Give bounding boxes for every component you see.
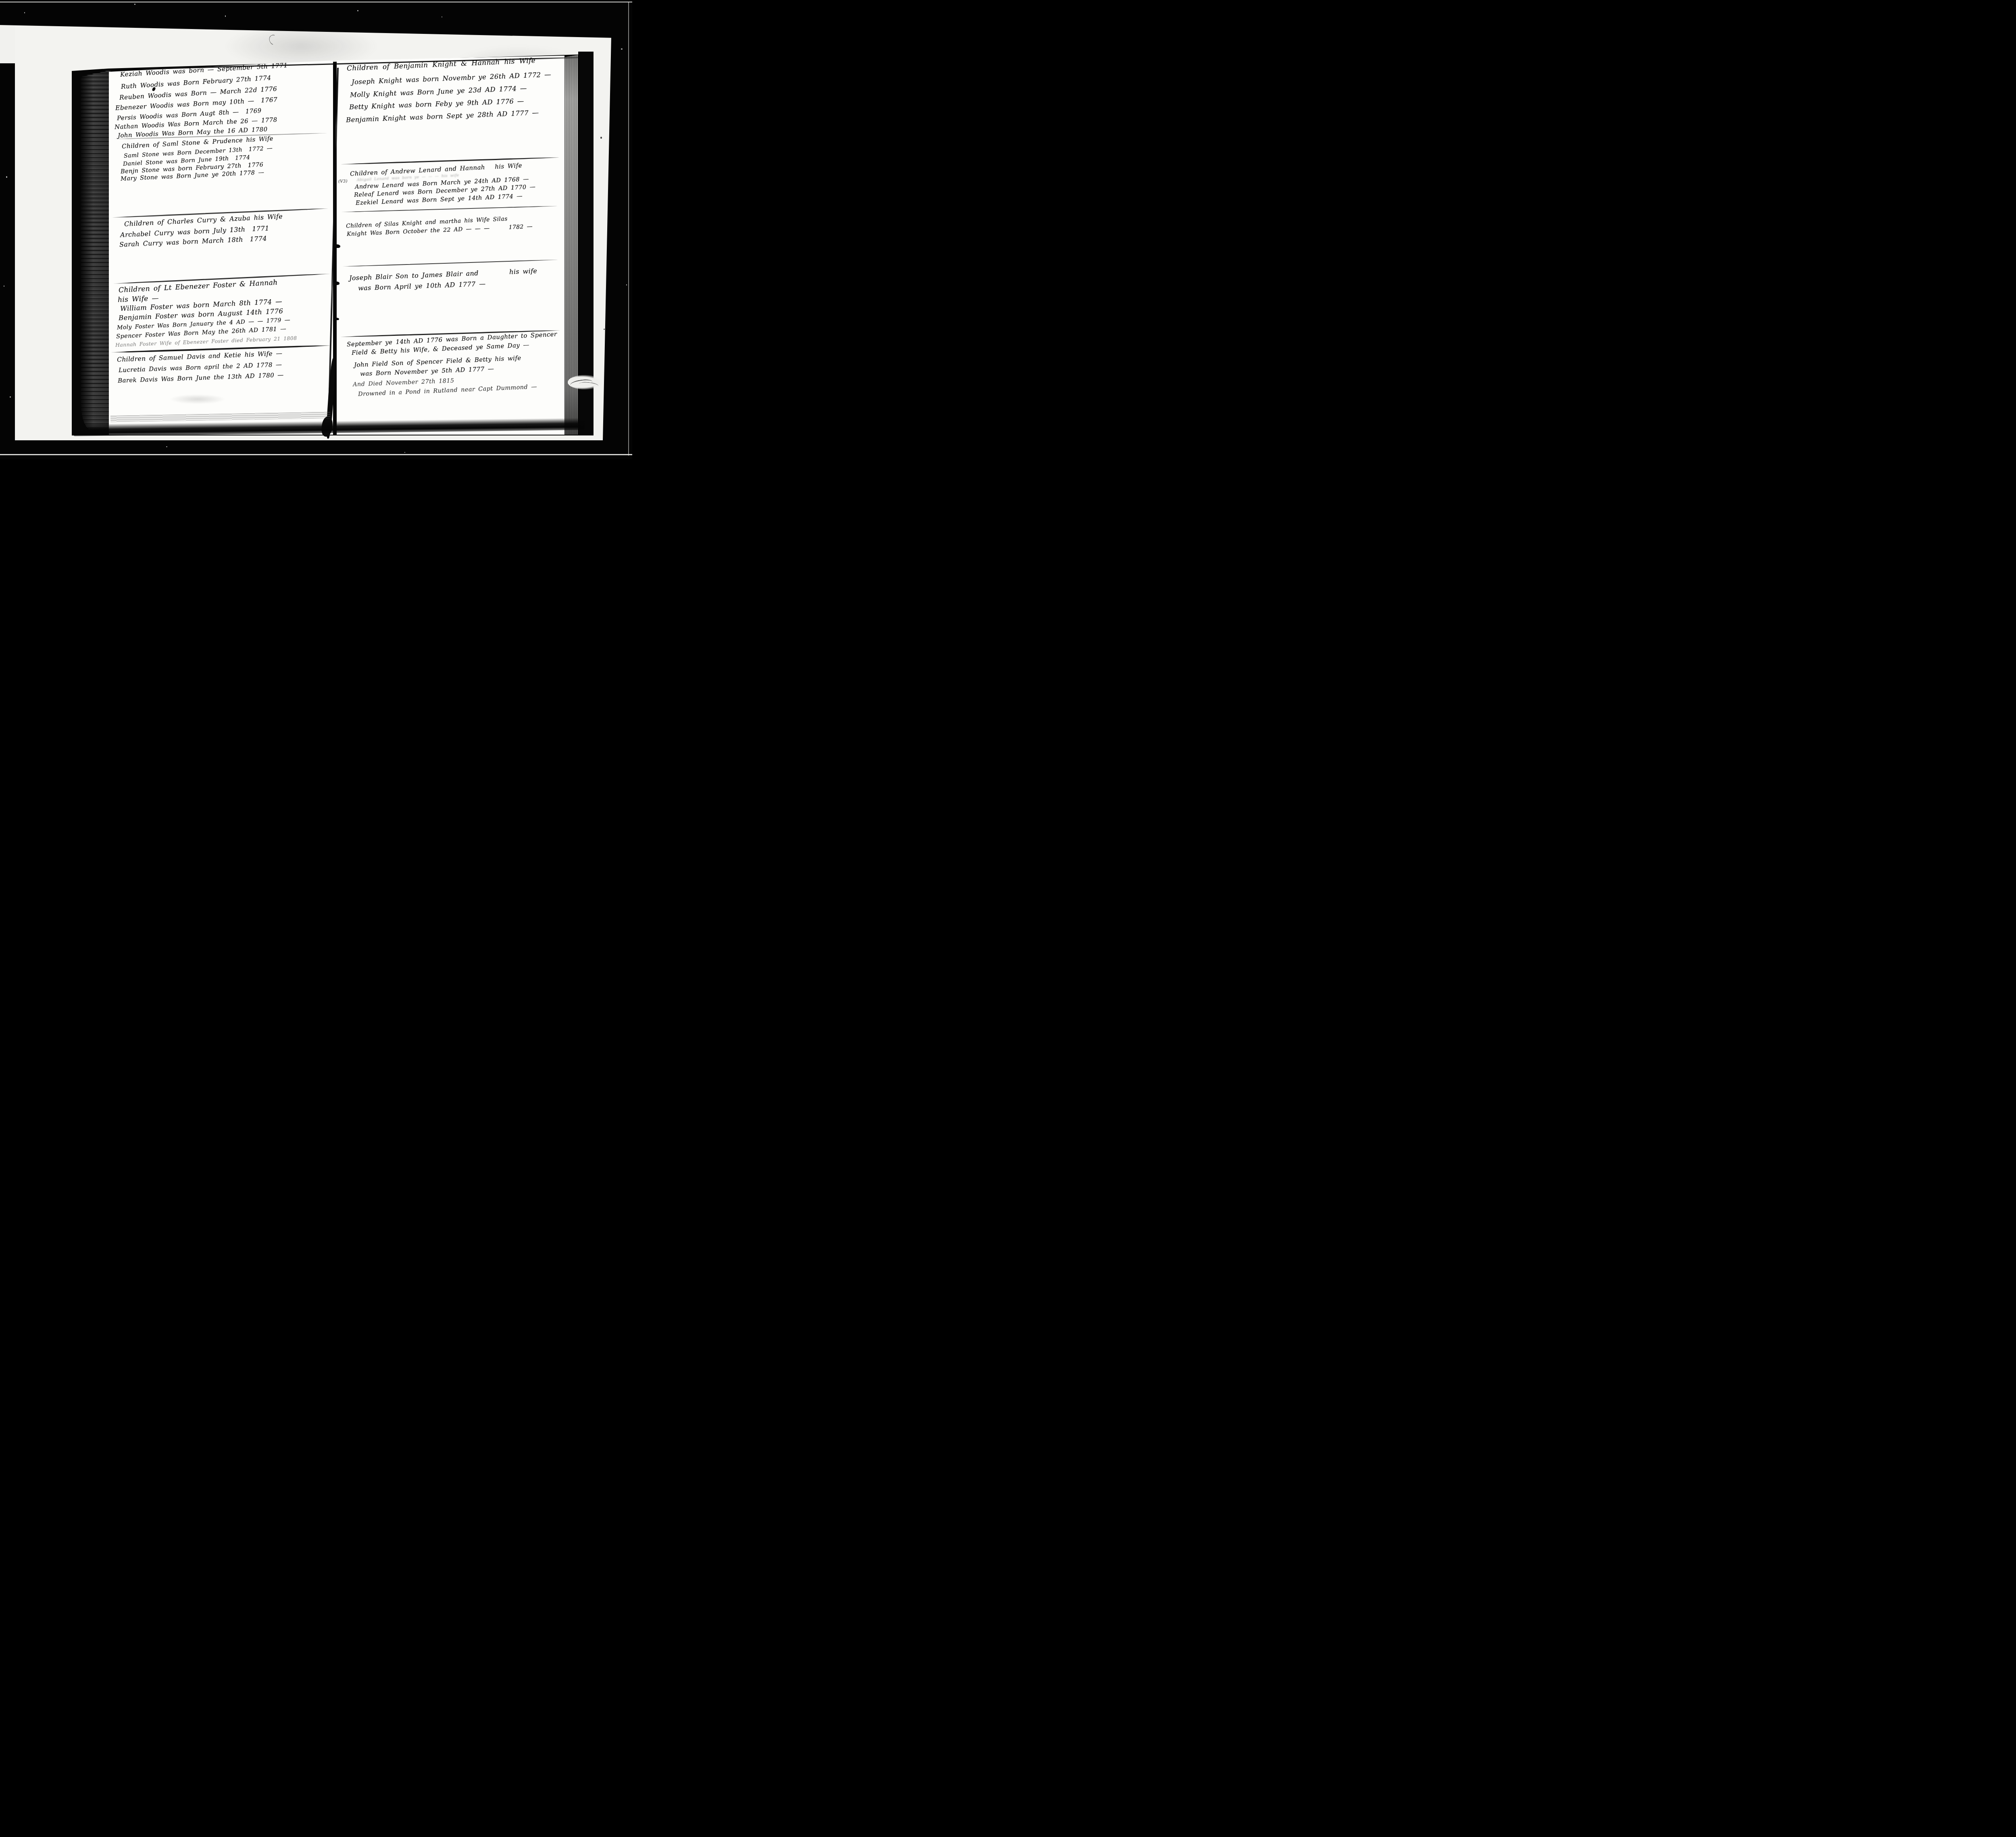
blair-entry-line1: Joseph Blair Son to James Blair and his … xyxy=(349,268,537,281)
birth-entry: Betty Knight was born Feby ye 9th AD 177… xyxy=(349,98,524,111)
margin-note: (V3) xyxy=(338,179,348,184)
film-mark-curl xyxy=(267,33,280,46)
dust-speck xyxy=(225,15,226,17)
section-divider xyxy=(341,206,558,212)
dust-speck xyxy=(24,12,25,13)
birth-entry: Molly Knight was Born June ye 23d AD 177… xyxy=(350,85,527,98)
microfilm-frame: Children of Ebenezer Woodis & Dorithy hi… xyxy=(0,0,632,459)
birth-entry: Lucretia Davis was Born april the 2 AD 1… xyxy=(119,362,282,373)
section-header-davis: Children of Samuel Davis and Ketie his W… xyxy=(117,350,283,363)
field-entry-line3: John Field Son of Spencer Field & Betty … xyxy=(354,355,521,368)
photo-edge-notch xyxy=(0,23,15,63)
blair-entry-line2: was Born April ye 10th AD 1777 — xyxy=(358,281,486,292)
ink-speck-margin-2 xyxy=(604,329,605,330)
field-entry-line4: was Born November ye 5th AD 1777 — xyxy=(360,366,494,377)
section-header-foster-line2: his Wife — xyxy=(118,295,159,304)
section-divider xyxy=(342,259,558,267)
film-scratch-right xyxy=(628,2,629,456)
field-death-note: And Died November 27th 1815 xyxy=(353,378,454,387)
film-scratch-bottom xyxy=(0,454,632,455)
dust-speck xyxy=(626,284,627,285)
section-divider xyxy=(341,157,559,165)
faint-ghost-smudge xyxy=(169,394,226,404)
dust-speck xyxy=(134,4,135,5)
dust-speck xyxy=(621,48,623,50)
birth-entry: Joseph Knight was born Novembr ye 26th A… xyxy=(352,71,552,86)
film-scratch-top xyxy=(0,2,632,2)
dust-speck xyxy=(6,176,7,178)
record-book: Children of Ebenezer Woodis & Dorithy hi… xyxy=(72,52,594,435)
left-page-edge-stack xyxy=(81,70,110,430)
page-edge-scribble xyxy=(568,375,603,389)
birth-entry: Barek Davis Was Born June the 13th AD 17… xyxy=(118,372,284,384)
dust-speck xyxy=(357,10,358,11)
dust-speck xyxy=(4,285,4,287)
dust-speck xyxy=(166,446,167,447)
dust-speck xyxy=(10,396,11,398)
ink-speck-margin xyxy=(600,137,602,139)
birth-entry: Benjamin Knight was born Sept ye 28th AD… xyxy=(346,110,539,124)
left-page: Children of Ebenezer Woodis & Dorithy hi… xyxy=(109,52,333,435)
dust-speck xyxy=(404,452,405,453)
dust-speck xyxy=(442,17,442,17)
right-page: Children of Benjamin Knight & Hannah his… xyxy=(337,52,564,435)
